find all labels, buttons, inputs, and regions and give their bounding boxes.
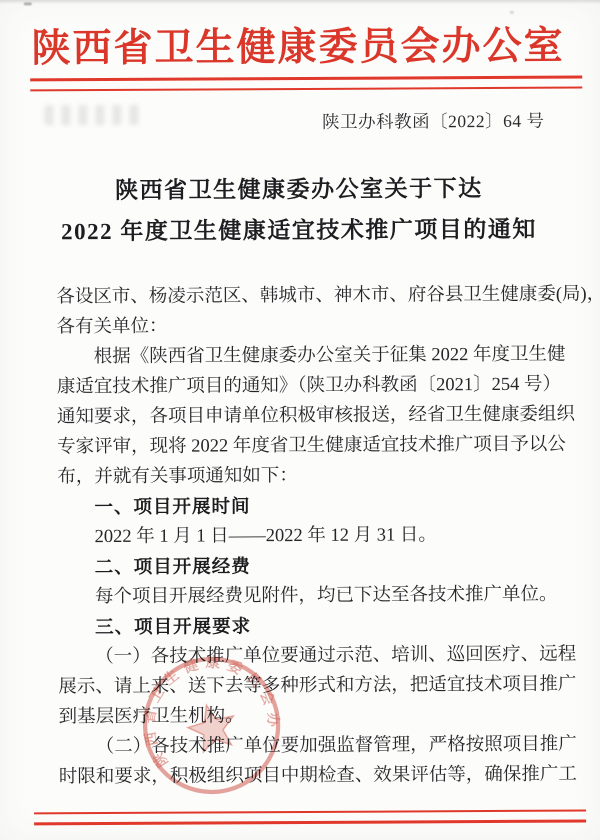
document-number: 陕卫办科教函〔2022〕64 号 xyxy=(322,108,545,134)
document-body: 各设区市、杨凌示范区、韩城市、神木市、府谷县卫生健康委(局)， 各有关单位： 根… xyxy=(56,279,597,792)
body-heading-line: 一、项目开展时间 xyxy=(57,489,595,522)
body-line: 专家评审，现将 2022 年度省卫生健康适宜技术推广项目予以公 xyxy=(57,429,595,462)
body-line: 展示、请上来、送下去等多种形式和方法，把适宜技术项目推广 xyxy=(58,669,596,702)
body-line: 每个项目开展经费见附件，均已下达至各技术推广单位。 xyxy=(58,579,596,612)
scan-speck xyxy=(24,2,32,5)
document-title: 陕西省卫生健康委办公室关于下达 2022 年度卫生健康适宜技术推广项目的通知 xyxy=(0,167,599,252)
bleed-through-artifact xyxy=(44,105,140,126)
body-line: 康适宜技术推广项目的通知》（陕卫办科教函〔2021〕254 号） xyxy=(57,369,595,402)
scanned-sheet: 陕西省卫生健康委员会办公室 陕卫办科教函〔2022〕64 号 陕西省卫生健康委办… xyxy=(0,0,600,840)
body-line: （二）各技术推广单位要加强监督管理，严格按照项目推广 xyxy=(59,729,597,762)
header-divider-line xyxy=(30,76,582,92)
body-heading-line: 三、项目开展要求 xyxy=(58,609,596,642)
body-line: 通知要求，各项目申请单位积极审核报送，经省卫生健康委组织 xyxy=(57,399,595,432)
footer-divider-line xyxy=(34,810,586,826)
body-line: 2022 年 1 月 1 日——2022 年 12 月 31 日。 xyxy=(58,519,596,552)
body-line: 各有关单位： xyxy=(56,309,594,342)
scan-speck xyxy=(510,11,514,14)
document-page: 陕西省卫生健康委员会办公室 陕卫办科教函〔2022〕64 号 陕西省卫生健康委办… xyxy=(0,0,600,840)
body-line: 各设区市、杨凌示范区、韩城市、神木市、府谷县卫生健康委(局)， xyxy=(56,279,594,312)
title-line-1: 陕西省卫生健康委办公室关于下达 xyxy=(0,167,599,211)
body-line: 时限和要求，积极组织项目中期检查、效果评估等，确保推广工 xyxy=(59,759,597,792)
title-line-2: 2022 年度卫生健康适宜技术推广项目的通知 xyxy=(0,208,599,252)
body-heading-line: 二、项目开展经费 xyxy=(58,549,596,582)
body-line: 根据《陕西省卫生健康委办公室关于征集 2022 年度卫生健 xyxy=(57,339,595,372)
body-line: 到基层医疗卫生机构。 xyxy=(58,699,596,732)
letterhead-org-name: 陕西省卫生健康委员会办公室 xyxy=(0,14,598,73)
body-line: （一）各技术推广单位要通过示范、培训、巡回医疗、远程 xyxy=(58,639,596,672)
body-line: 布，并就有关事项通知如下： xyxy=(57,459,595,492)
